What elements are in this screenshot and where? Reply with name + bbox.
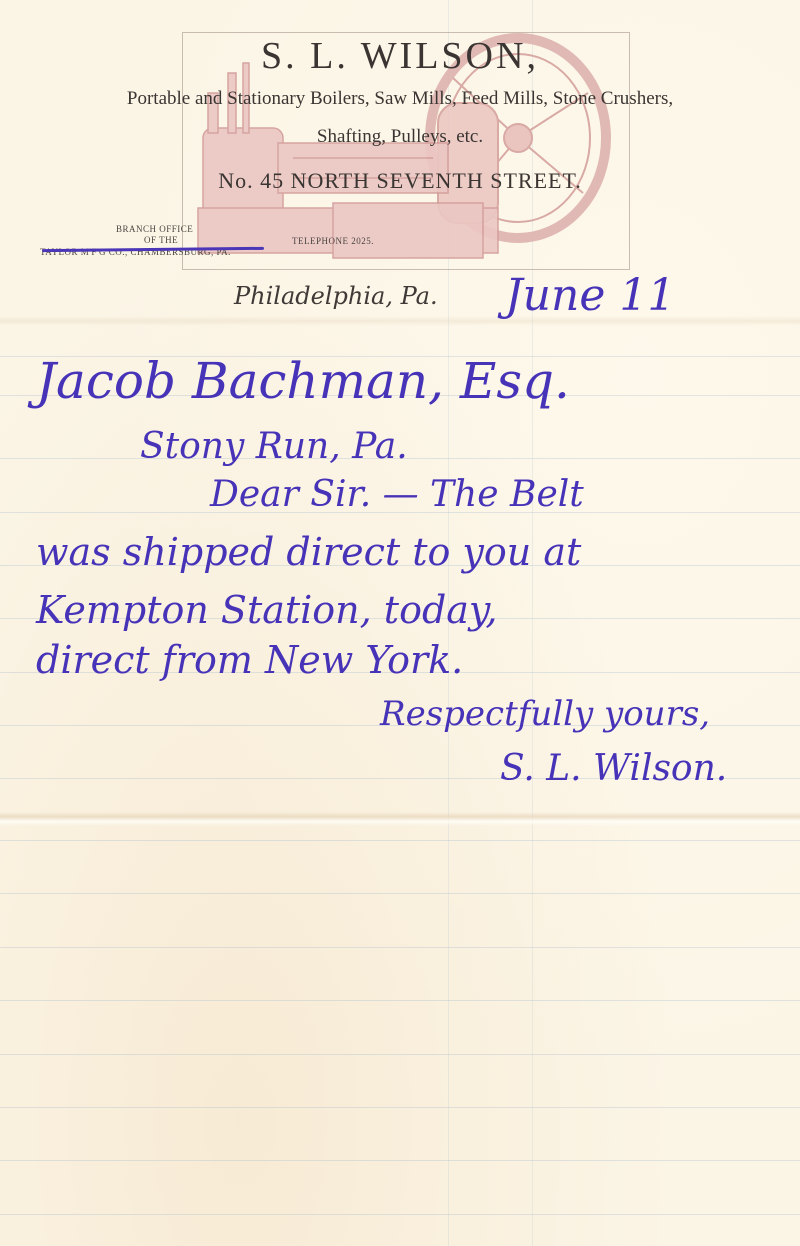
products-line-1: Portable and Stationary Boilers, Saw Mil… xyxy=(0,88,800,110)
recipient-location: Stony Run, Pa. xyxy=(140,426,408,467)
body-line: was shipped direct to you at xyxy=(36,530,581,574)
body-line: direct from New York. xyxy=(36,638,463,682)
paper-fold-lower xyxy=(0,812,800,826)
salutation: Dear Sir. — The Belt xyxy=(210,474,584,515)
body-line: Kempton Station, today, xyxy=(36,588,497,632)
telephone-number: TELEPHONE 2025. xyxy=(292,236,374,246)
signature: S. L. Wilson. xyxy=(500,748,727,789)
letter-date: June 11 xyxy=(505,270,675,321)
branch-office-label: BRANCH OFFICE xyxy=(116,224,193,234)
paper-fold-upper xyxy=(0,316,800,326)
company-name: S. L. WILSON, xyxy=(0,34,800,78)
printed-city: Philadelphia, Pa. xyxy=(234,282,438,310)
company-address: No. 45 NORTH SEVENTH STREET. xyxy=(0,168,800,194)
branch-office-of: OF THE xyxy=(144,235,178,245)
products-line-2: Shafting, Pulleys, etc. xyxy=(0,126,800,148)
closing: Respectfully yours, xyxy=(380,694,710,734)
recipient-name: Jacob Bachman, Esq. xyxy=(36,352,570,410)
